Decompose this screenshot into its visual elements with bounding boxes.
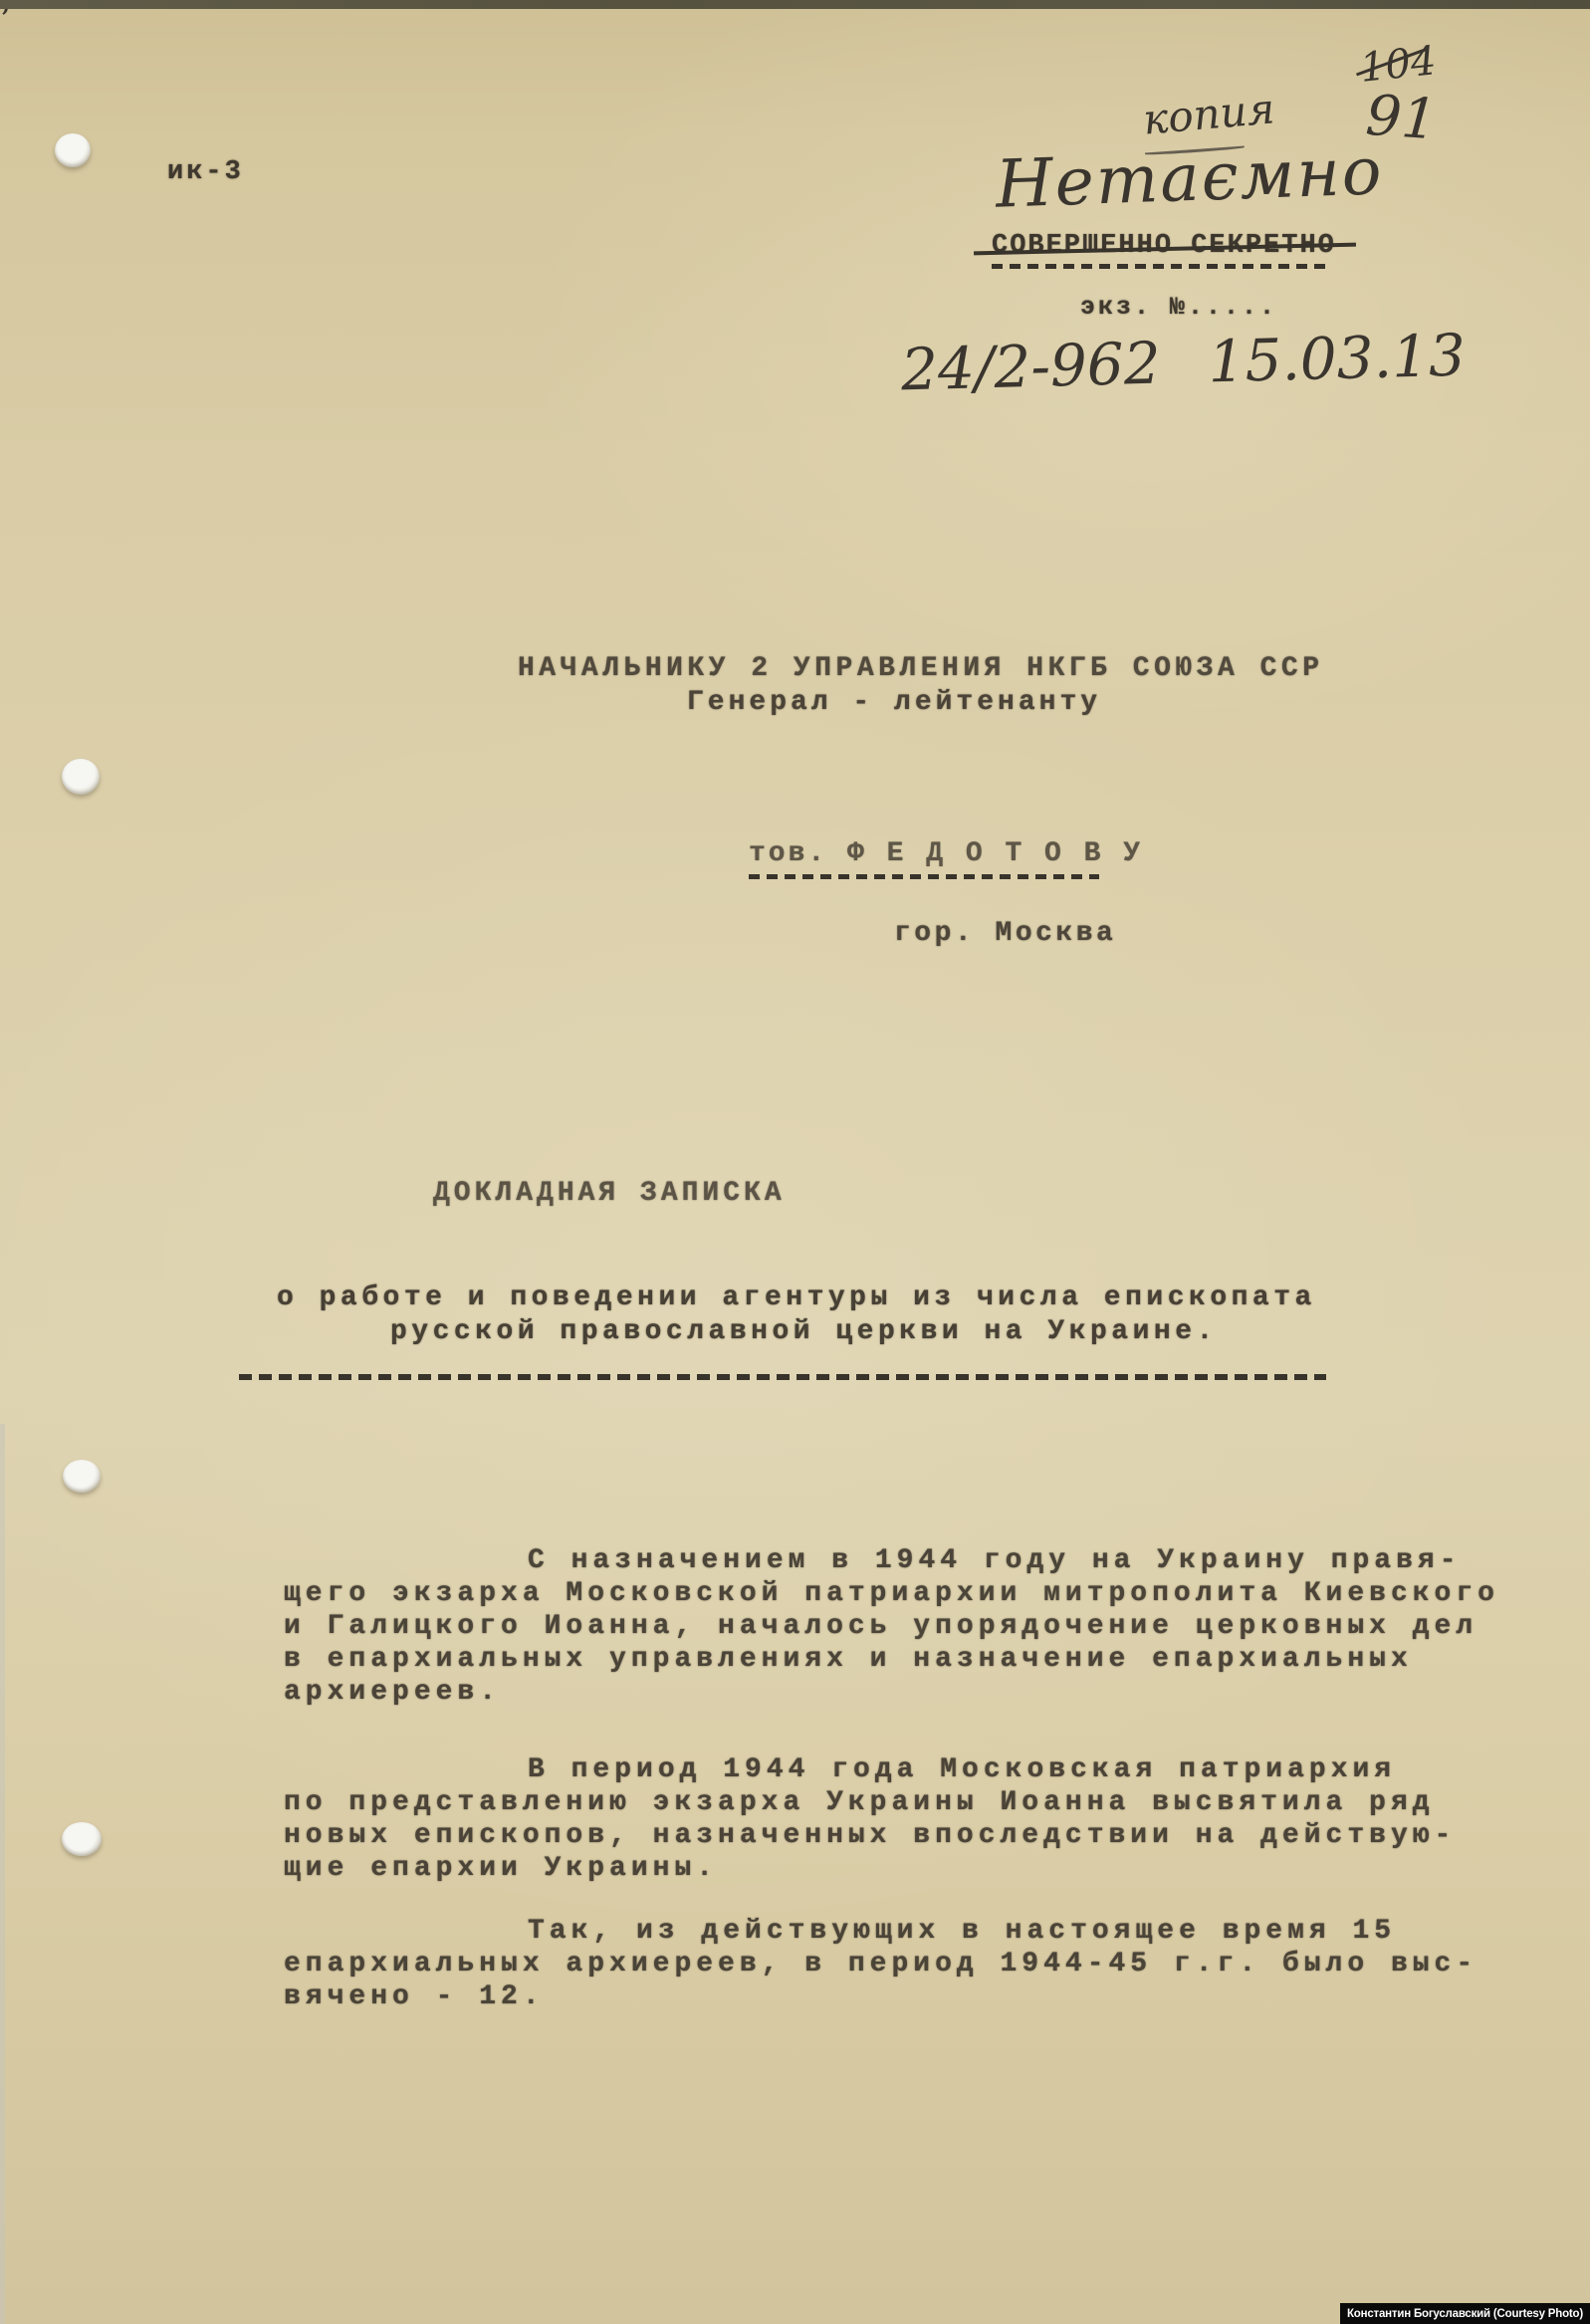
addressee-line1: НАЧАЛЬНИКУ 2 УПРАВЛЕНИЯ НКГБ СОЮЗА ССР: [518, 653, 1324, 684]
body-line: С назначением в 1944 году на Украину пра…: [528, 1545, 1462, 1576]
handwritten-registry-line: 24/2-96215.03.13: [900, 322, 1466, 404]
photo-credit-text: Константин Богуславский (Courtesy Photo): [1347, 2308, 1583, 2320]
body-line: щего экзарха Московской патриархии митро…: [284, 1578, 1499, 1609]
body-line: по представлению экзарха Украины Иоанна …: [284, 1787, 1435, 1818]
body-line: епархиальных архиереев, в период 1944-45…: [284, 1949, 1477, 1979]
punch-hole: [63, 1460, 101, 1493]
city-line: гор. Москва: [894, 918, 1116, 949]
scan-left-edge: [0, 1424, 5, 2324]
copy-number-line: экз. №.....: [1080, 293, 1277, 322]
memo-subject-line2: русской православной церкви на Украине.: [390, 1316, 1218, 1347]
addressee-line2: Генерал - лейтенанту: [687, 687, 1101, 718]
body-line: Так, из действующих в настоящее время 15: [528, 1916, 1396, 1947]
photo-credit-bar: Константин Богуславский (Courtesy Photo): [1340, 2303, 1590, 2324]
body-line: вячено - 12.: [284, 1981, 545, 2012]
body-line: щие епархии Украины.: [284, 1853, 718, 1884]
punch-hole: [62, 1822, 102, 1856]
memo-title: ДОКЛАДНАЯ ЗАПИСКА: [433, 1178, 786, 1209]
dashed-divider: [239, 1374, 1326, 1380]
tov-label: тов.: [749, 838, 827, 869]
scan-edge-strip: [0, 0, 1590, 9]
body-line: В период 1944 года Московская патриархия: [528, 1754, 1396, 1785]
recipient-dashed-underline: [749, 874, 1099, 879]
memo-subject-line1: о работе и поведении агентуры из числа е…: [277, 1282, 1316, 1313]
recipient-name-line: тов. Ф Е Д О Т О В У: [749, 838, 1143, 869]
body-line: новых епископов, назначенных впоследстви…: [284, 1820, 1456, 1851]
registry-date: 15.03.13: [1208, 322, 1467, 396]
corner-code: ик-3: [167, 157, 244, 187]
secrecy-dashed-underline: [992, 264, 1330, 269]
secrecy-stamp-block: СОВЕРШЕННО СЕКРЕТНО: [992, 231, 1336, 269]
body-line: в епархиальных управлениях и назначение …: [284, 1644, 1413, 1675]
body-line: архиереев.: [284, 1677, 501, 1708]
handwritten-copy-note: копия: [1141, 84, 1276, 143]
registry-number: 24/2-962: [900, 330, 1161, 404]
scanned-document-page: ик-3 копия 104 91 Нетаємно СОВЕРШЕННО СЕ…: [0, 0, 1590, 2324]
body-line: и Галицкого Иоанна, началось упорядочени…: [284, 1611, 1477, 1642]
recipient-block: тов. Ф Е Д О Т О В У: [749, 838, 1143, 879]
recipient-name: Ф Е Д О Т О В У: [847, 838, 1143, 869]
punch-hole: [55, 133, 91, 167]
punch-hole: [62, 759, 100, 795]
handwritten-declassified-note: Нетаємно: [995, 132, 1385, 223]
